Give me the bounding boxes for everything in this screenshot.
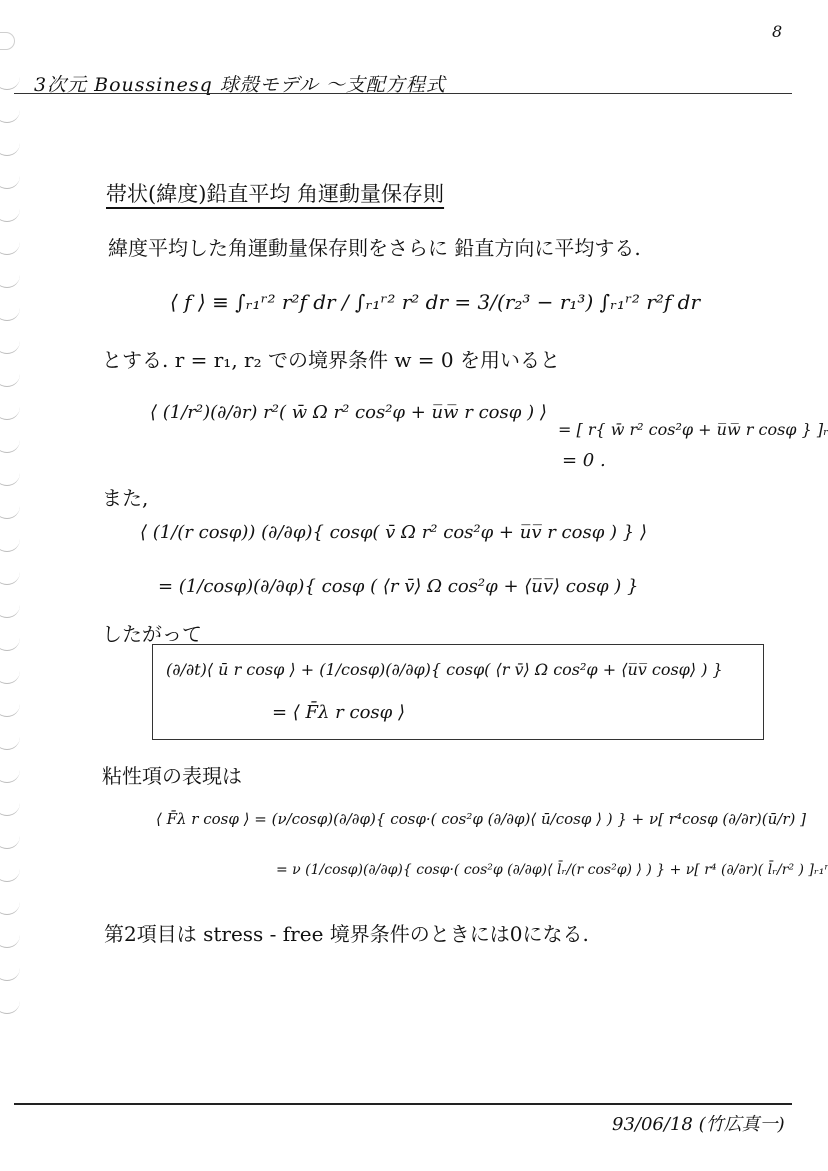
boxed-equation-line-1: (∂/∂t)⟨ ū r cosφ ⟩ + (1/cosφ)(∂/∂φ){ cos…	[166, 660, 723, 679]
binder-ring	[0, 304, 20, 321]
binder-ring	[0, 403, 20, 420]
binder-ring	[0, 832, 20, 849]
binder-ring	[0, 898, 20, 915]
binder-ring	[0, 568, 20, 585]
equation-viscous-line-2: = ν (1/cosφ)(∂/∂φ){ cosφ·( cos²φ (∂/∂φ)⟨…	[276, 862, 828, 878]
binder-ring	[0, 205, 20, 222]
binder-ring	[0, 238, 20, 255]
intro-text: 緯度平均した角運動量保存則をさらに 鉛直方向に平均する.	[108, 232, 641, 261]
equation-average-definition: ⟨ f ⟩ ≡ ∫ᵣ₁ʳ² r²f dr / ∫ᵣ₁ʳ² r² dr = 3/(…	[170, 290, 700, 314]
also-text: また,	[102, 482, 148, 511]
binder-ring	[0, 667, 20, 684]
binder-ring	[0, 601, 20, 618]
binder-ring	[0, 997, 20, 1014]
binder-ring	[0, 271, 20, 288]
binder-ring	[0, 733, 20, 750]
footer-date: 93/06/18 (竹広真一)	[612, 1110, 785, 1136]
binder-ring	[0, 436, 20, 453]
conclusion-text: 第2項目は stress - free 境界条件のときには0になる.	[104, 918, 589, 947]
binder-ring	[0, 73, 20, 90]
footer-rule	[14, 1103, 792, 1105]
binder-ring	[0, 370, 20, 387]
boxed-result-equation	[152, 644, 764, 740]
binder-ring	[0, 634, 20, 651]
binder-ring	[0, 32, 15, 50]
binder-ring	[0, 700, 20, 717]
equation-vertical-flux-lhs: ⟨ (1/r²)(∂/∂r) r²( w̄ Ω r² cos²φ + u̅w̅ …	[150, 402, 547, 423]
binder-ring	[0, 931, 20, 948]
section-title: 帯状(緯度)鉛直平均 角運動量保存則	[106, 178, 444, 208]
equation-latitudinal-flux-lhs: ⟨ (1/(r cosφ)) (∂/∂φ){ cosφ( v̄ Ω r² cos…	[140, 522, 647, 543]
binder-ring	[0, 766, 20, 783]
boxed-equation-line-2: = ⟨ F̄λ r cosφ ⟩	[272, 702, 405, 723]
equation-vertical-flux-zero: = 0 .	[562, 450, 606, 471]
boundary-condition-text: とする. r = r₁, r₂ での境界条件 w = 0 を用いると	[102, 344, 560, 373]
binder-ring	[0, 865, 20, 882]
equation-viscous-line-1: ⟨ F̄λ r cosφ ⟩ = (ν/cosφ)(∂/∂φ){ cosφ·( …	[156, 810, 806, 828]
page-number: 8	[772, 22, 782, 41]
notebook-page: 8 3次元 Boussinesq 球殻モデル ～支配方程式 帯状(緯度)鉛直平均…	[0, 0, 828, 1171]
binder-ring	[0, 139, 20, 156]
viscous-term-text: 粘性項の表現は	[102, 760, 242, 789]
binder-ring	[0, 964, 20, 981]
binder-ring	[0, 106, 20, 123]
binder-ring	[0, 799, 20, 816]
equation-vertical-flux-rhs: = [ r{ w̄ r² cos²φ + u̅w̅ r cosφ } ]ᵣ₁ʳ²	[558, 420, 828, 439]
equation-latitudinal-flux-rhs: = (1/cosφ)(∂/∂φ){ cosφ ( ⟨r v̄⟩ Ω cos²φ …	[158, 576, 638, 597]
header-rule	[14, 93, 792, 94]
binder-ring	[0, 337, 20, 354]
binder-ring	[0, 502, 20, 519]
therefore-text: したがって	[102, 618, 202, 647]
binder-ring	[0, 535, 20, 552]
binder-ring	[0, 172, 20, 189]
binder-ring	[0, 469, 20, 486]
